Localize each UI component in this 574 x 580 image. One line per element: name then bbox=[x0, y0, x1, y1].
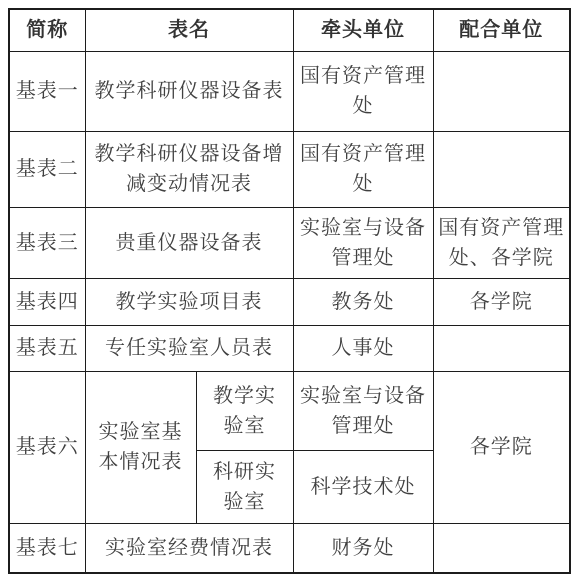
cell-lab-type: 教学实 验室 bbox=[196, 371, 293, 450]
cell-table-name: 实验室经费情况表 bbox=[85, 523, 293, 573]
table-row-7: 基表七 实验室经费情况表 财务处 bbox=[9, 523, 570, 573]
document-table: 简称 表名 牵头单位 配合单位 基表一 教学科研仪器设备表 国有资产管理 处 基… bbox=[8, 8, 571, 574]
document-page: 简称 表名 牵头单位 配合单位 基表一 教学科研仪器设备表 国有资产管理 处 基… bbox=[0, 0, 574, 580]
table-row-2: 基表二 教学科研仪器设备增 减变动情况表 国有资产管理 处 bbox=[9, 131, 570, 207]
cell-lead-unit: 国有资产管理 处 bbox=[293, 131, 433, 207]
table-row-3: 基表三 贵重仪器设备表 实验室与设备 管理处 国有资产管理 处、各学院 bbox=[9, 207, 570, 278]
cell-lead-unit: 科学技术处 bbox=[293, 450, 433, 523]
cell-lead-unit: 教务处 bbox=[293, 278, 433, 325]
cell-support-unit: 各学院 bbox=[433, 278, 570, 325]
header-cell-table-name: 表名 bbox=[85, 9, 293, 51]
cell-lead-unit: 国有资产管理 处 bbox=[293, 51, 433, 131]
cell-lab-type: 科研实 验室 bbox=[196, 450, 293, 523]
cell-abbr: 基表一 bbox=[9, 51, 85, 131]
cell-table-name: 专任实验室人员表 bbox=[85, 325, 293, 371]
cell-abbr: 基表五 bbox=[9, 325, 85, 371]
cell-support-unit bbox=[433, 131, 570, 207]
cell-table-name: 教学科研仪器设备表 bbox=[85, 51, 293, 131]
cell-table-name: 教学实验项目表 bbox=[85, 278, 293, 325]
cell-support-unit bbox=[433, 325, 570, 371]
cell-lead-unit: 财务处 bbox=[293, 523, 433, 573]
table-row-4: 基表四 教学实验项目表 教务处 各学院 bbox=[9, 278, 570, 325]
cell-table-name: 教学科研仪器设备增 减变动情况表 bbox=[85, 131, 293, 207]
table-row-5: 基表五 专任实验室人员表 人事处 bbox=[9, 325, 570, 371]
cell-abbr: 基表六 bbox=[9, 371, 85, 523]
header-cell-support-unit: 配合单位 bbox=[433, 9, 570, 51]
cell-abbr: 基表四 bbox=[9, 278, 85, 325]
cell-abbr: 基表三 bbox=[9, 207, 85, 278]
cell-support-unit: 各学院 bbox=[433, 371, 570, 523]
cell-table-name: 实验室基 本情况表 bbox=[85, 371, 196, 523]
cell-support-unit bbox=[433, 523, 570, 573]
cell-support-unit: 国有资产管理 处、各学院 bbox=[433, 207, 570, 278]
cell-abbr: 基表二 bbox=[9, 131, 85, 207]
header-cell-lead-unit: 牵头单位 bbox=[293, 9, 433, 51]
cell-abbr: 基表七 bbox=[9, 523, 85, 573]
header-cell-abbr: 简称 bbox=[9, 9, 85, 51]
cell-lead-unit: 实验室与设备 管理处 bbox=[293, 371, 433, 450]
table-header-row: 简称 表名 牵头单位 配合单位 bbox=[9, 9, 570, 51]
cell-table-name: 贵重仪器设备表 bbox=[85, 207, 293, 278]
cell-lead-unit: 人事处 bbox=[293, 325, 433, 371]
table-row-1: 基表一 教学科研仪器设备表 国有资产管理 处 bbox=[9, 51, 570, 131]
cell-support-unit bbox=[433, 51, 570, 131]
cell-lead-unit: 实验室与设备 管理处 bbox=[293, 207, 433, 278]
table-row-6-sub-1: 基表六 实验室基 本情况表 教学实 验室 实验室与设备 管理处 各学院 bbox=[9, 371, 570, 450]
